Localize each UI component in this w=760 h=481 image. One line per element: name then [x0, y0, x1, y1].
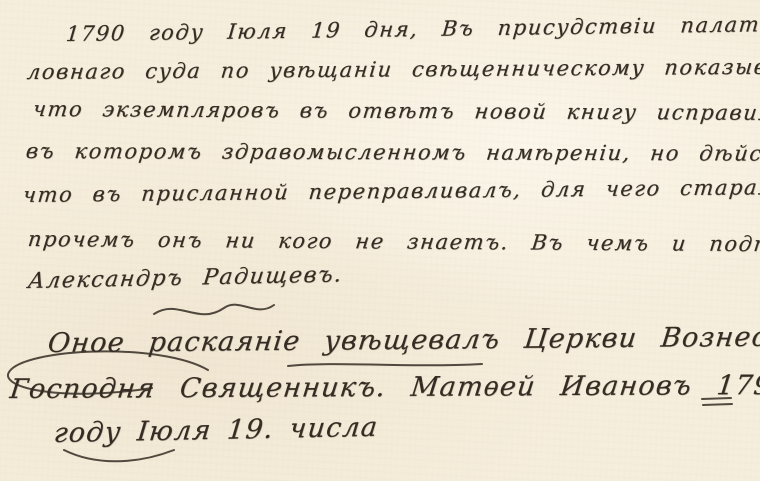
manuscript-page: 1790 году Іюля 19 дня, Въ присудствіи па… — [0, 0, 760, 481]
signature-paraph-flourish — [150, 296, 280, 328]
manuscript-line: 1790 году Іюля 19 дня, Въ присудствіи па… — [65, 11, 760, 46]
manuscript-line: прочемъ онъ ни кого не знаетъ. Въ чемъ и… — [27, 227, 760, 257]
attestation-line: Оное раскаяніе увѣщевалъ Церкви Вознесен… — [46, 321, 760, 359]
underline-flourish — [286, 360, 486, 370]
attestation-line: Господня Священникъ. Матѳей Ивановъ 1790… — [8, 370, 760, 405]
attestation-line: году Іюля 19. числа — [52, 412, 379, 449]
manuscript-line: ловнаго суда по увѣщаніи свѣщенническому… — [26, 55, 760, 85]
signature-line: Александръ Радищевъ. — [27, 262, 345, 294]
manuscript-line: что экземпляровъ въ отвѣтъ новой книгу и… — [32, 97, 760, 125]
manuscript-line: въ которомъ здравомысленномъ намѣреніи, … — [25, 139, 760, 166]
manuscript-line: что въ присланной переправливалъ, для че… — [22, 174, 760, 207]
